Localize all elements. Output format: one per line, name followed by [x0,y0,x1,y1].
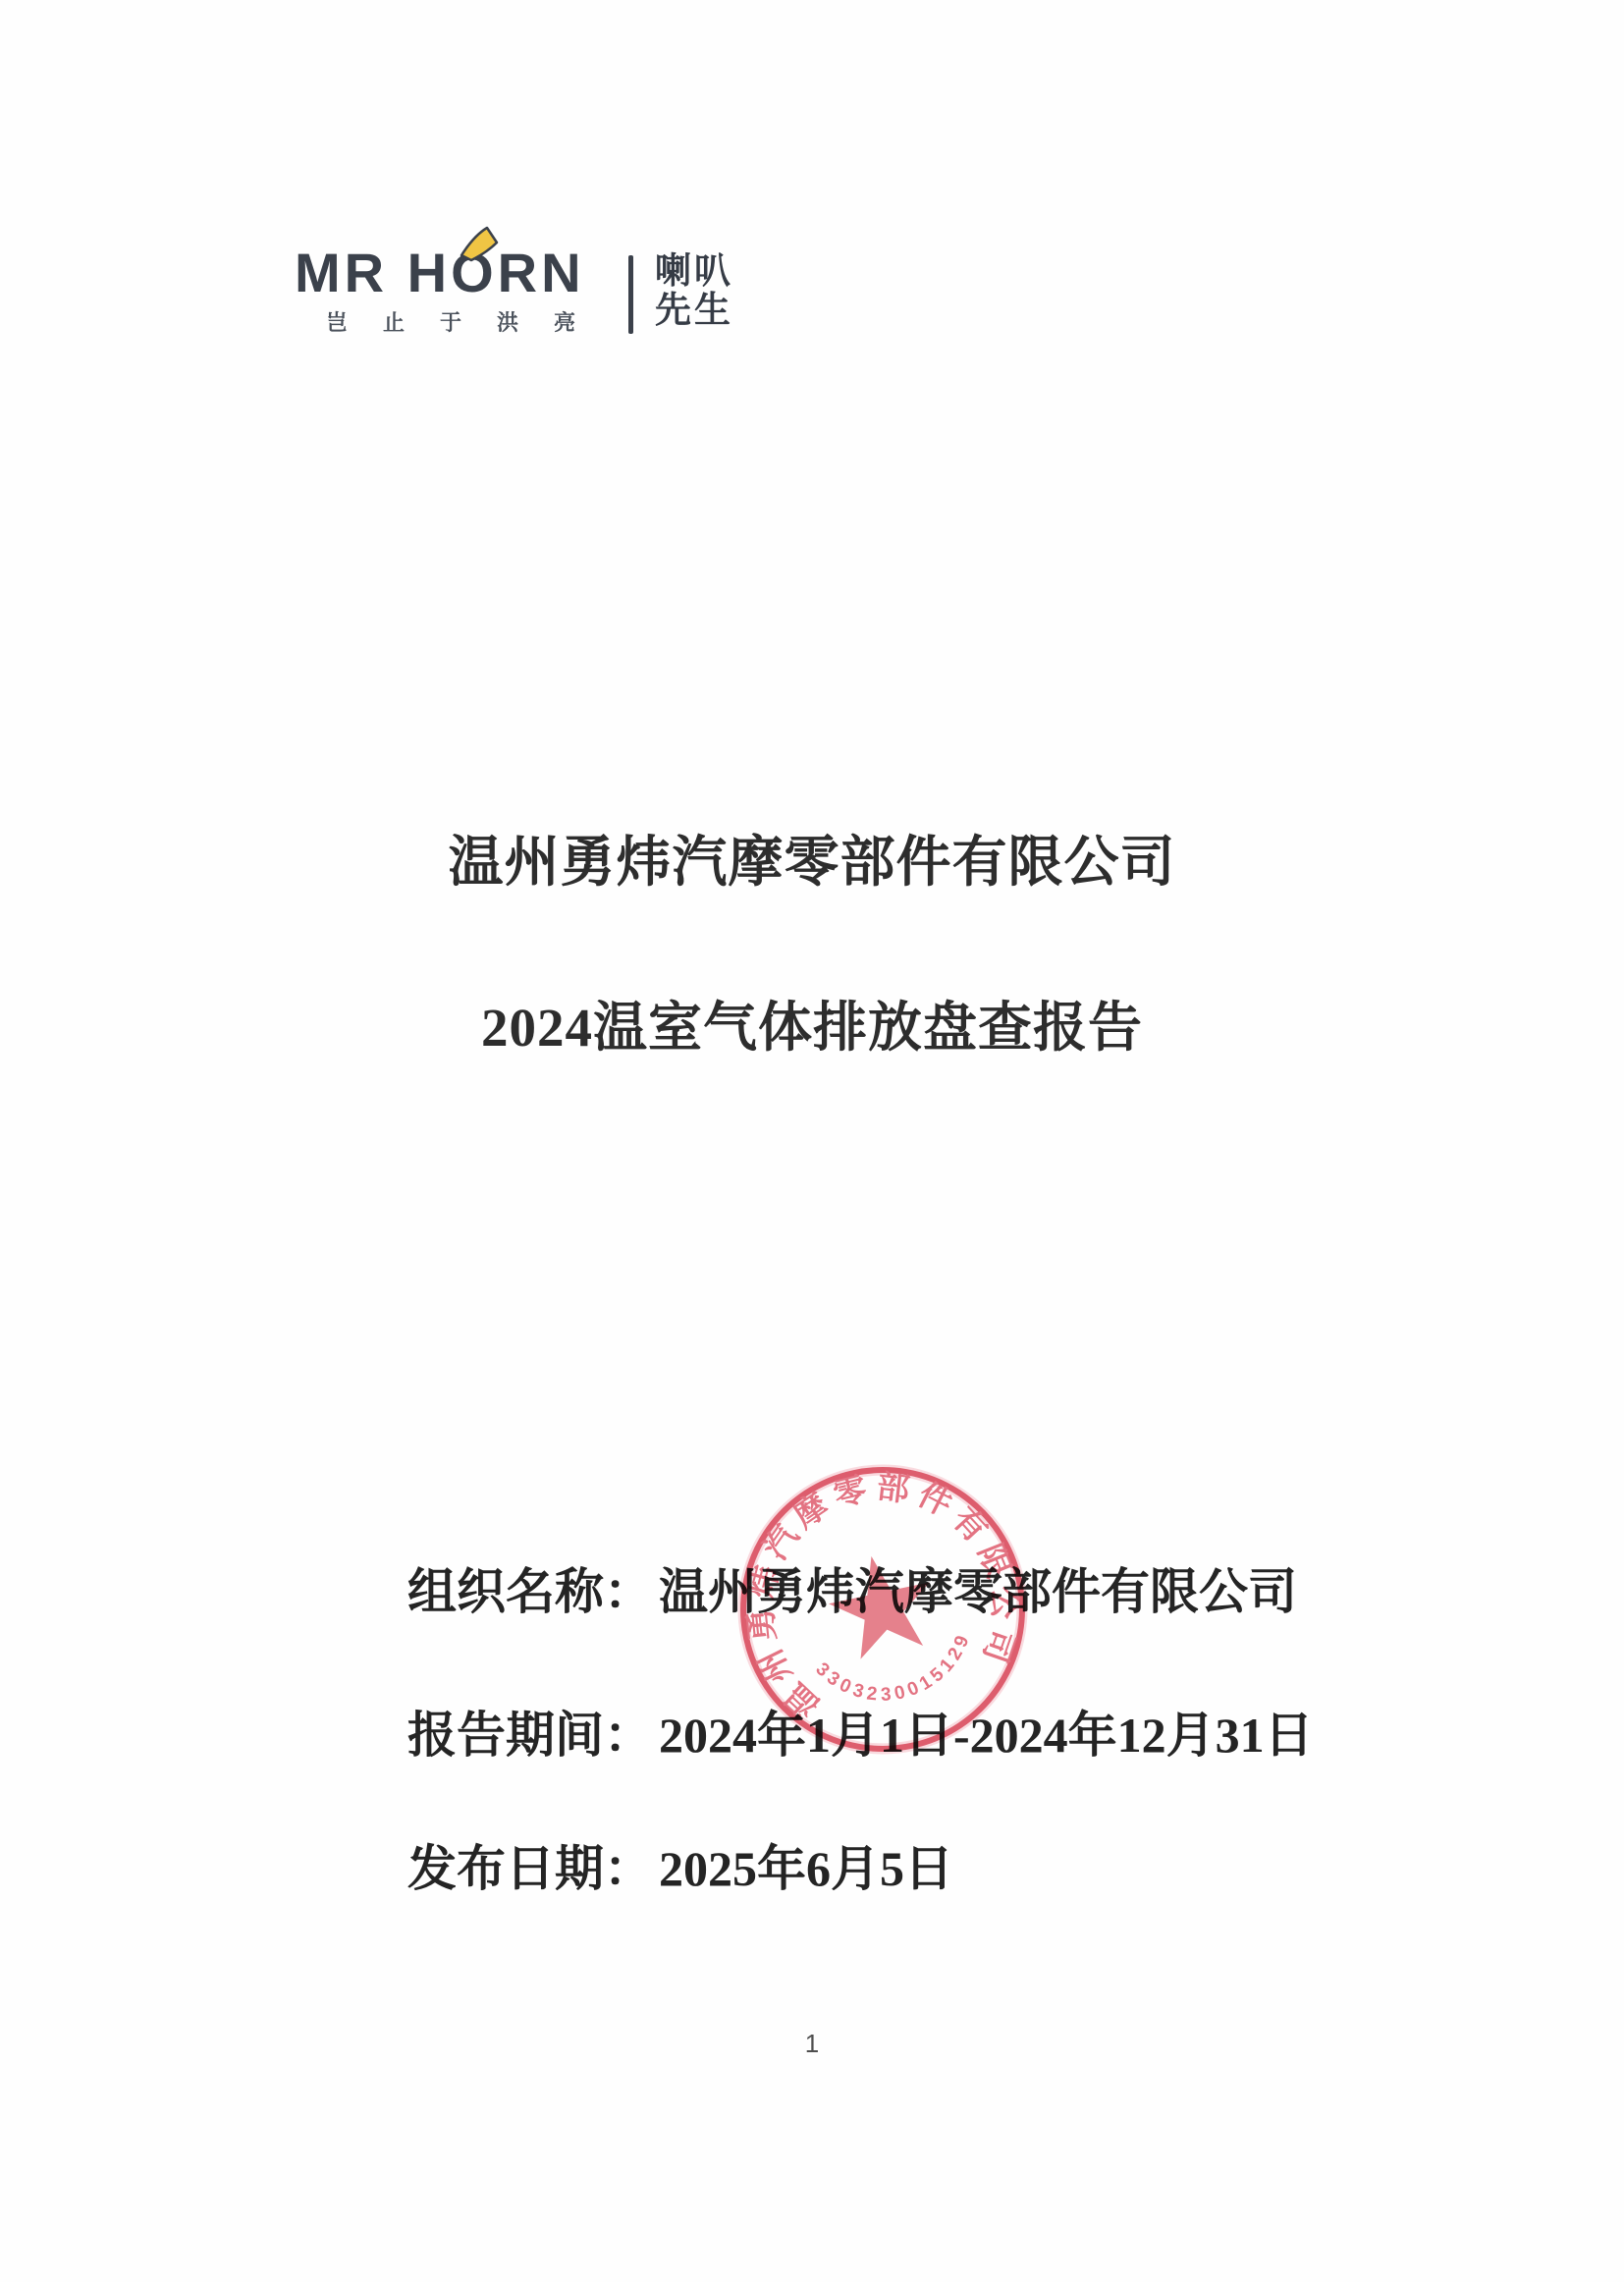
field-value: 2025年6月5日 [659,1841,953,1896]
field-publish-date: 发布日期：2025年6月5日 [407,1838,953,1899]
logo-chinese-name: 喇叭 先生 [655,251,733,329]
field-label: 发布日期： [407,1841,653,1896]
field-value: 2024年1月1日-2024年12月31日 [659,1708,1314,1763]
field-report-period: 报告期间：2024年1月1日-2024年12月31日 [407,1705,1314,1766]
horn-bell-icon [459,226,500,263]
field-label: 组织名称： [407,1564,653,1619]
field-organization-name: 组织名称：温州勇炜汽摩零部件有限公司 [407,1561,1297,1622]
field-value: 温州勇炜汽摩零部件有限公司 [659,1564,1297,1619]
company-title: 温州勇炜汽摩零部件有限公司 [0,819,1624,897]
page-number: 1 [0,2029,1624,2059]
report-cover-page: MR HORN 岂止于洪亮 喇叭 先生 温州勇炜汽摩零部件有限公司 2024温室… [0,0,1624,2282]
logo-text-post: RN [498,242,585,303]
logo-wordmark: MR HORN [295,245,611,300]
field-label: 报告期间： [407,1708,653,1763]
brand-logo: MR HORN 岂止于洪亮 喇叭 先生 [295,245,733,334]
logo-cn-bottom: 先生 [655,291,733,330]
logo-wordmark-block: MR HORN 岂止于洪亮 [295,245,611,334]
report-title: 2024温室气体排放盘查报告 [0,984,1624,1061]
logo-text-pre: MR H [295,242,451,303]
logo-cn-top: 喇叭 [655,251,733,291]
logo-tagline: 岂止于洪亮 [295,312,611,334]
logo-divider [628,255,633,334]
logo-o-wrap: O [451,245,498,300]
